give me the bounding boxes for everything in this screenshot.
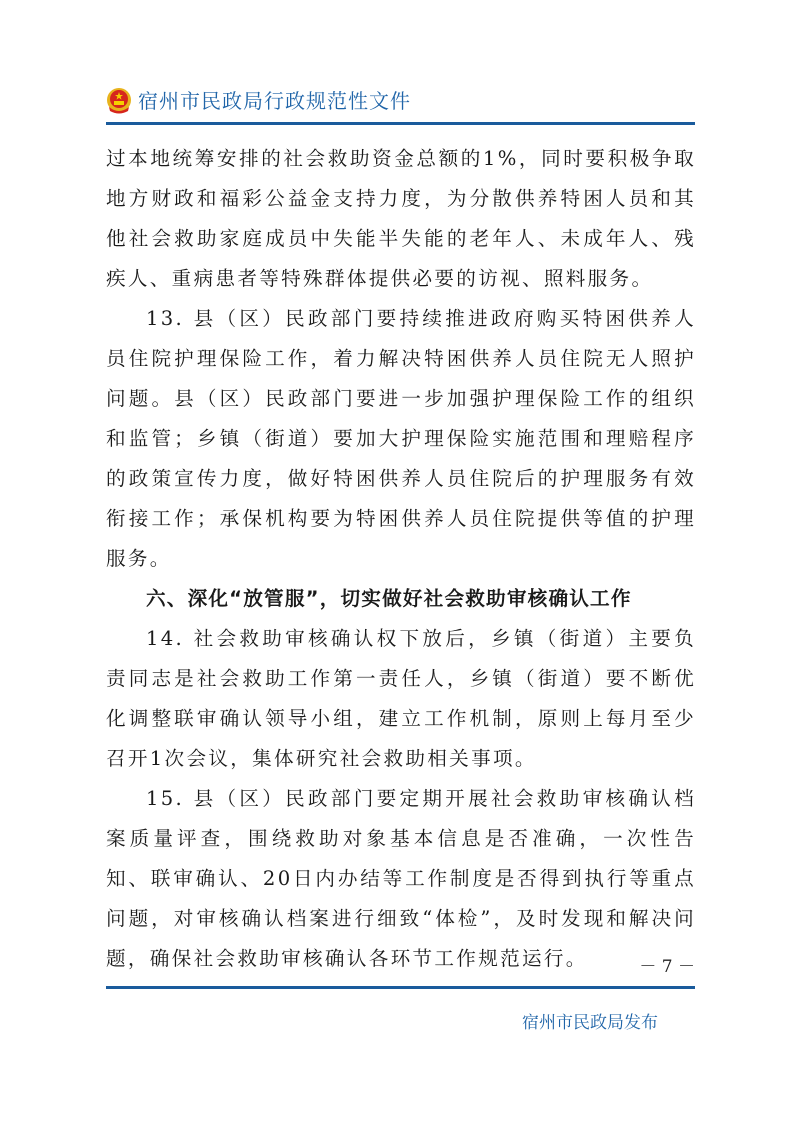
paragraph-continuation: 过本地统筹安排的社会救助资金总额的1%，同时要积极争取地方财政和福彩公益金支持力… bbox=[106, 139, 696, 299]
national-emblem-icon bbox=[106, 87, 132, 115]
document-series-title: 宿州市民政局行政规范性文件 bbox=[138, 87, 411, 115]
paragraph-item-13: 13. 县（区）民政部门要持续推进政府购买特困供养人员住院护理保险工作，着力解决… bbox=[106, 299, 696, 579]
publisher-label: 宿州市民政局发布 bbox=[440, 1008, 658, 1033]
section-heading-6: 六、深化“放管服”，切实做好社会救助审核确认工作 bbox=[106, 579, 696, 619]
page-number: － 7 － bbox=[600, 952, 695, 977]
paragraph-item-15: 15. 县（区）民政部门要定期开展社会救助审核确认档案质量评查，围绕救助对象基本… bbox=[106, 779, 696, 979]
footer-rule bbox=[106, 986, 695, 989]
header-rule bbox=[106, 122, 695, 125]
document-header: 宿州市民政局行政规范性文件 bbox=[106, 84, 411, 118]
paragraph-item-14: 14. 社会救助审核确认权下放后，乡镇（街道）主要负责同志是社会救助工作第一责任… bbox=[106, 619, 696, 779]
document-body: 过本地统筹安排的社会救助资金总额的1%，同时要积极争取地方财政和福彩公益金支持力… bbox=[106, 139, 696, 979]
